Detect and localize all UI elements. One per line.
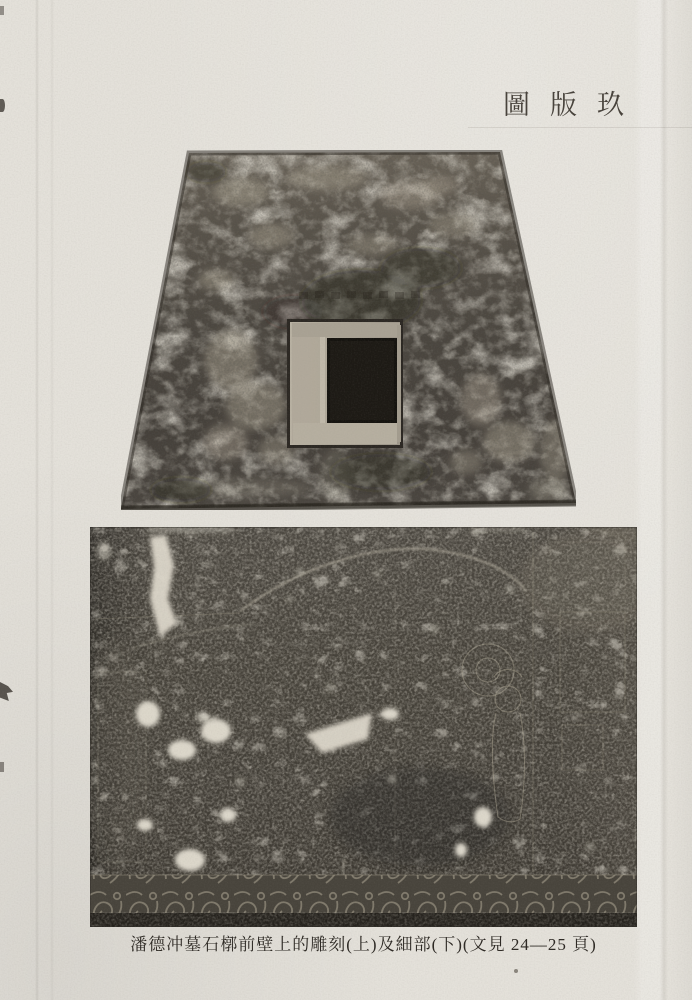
plate-number-label: 圖版玖 [503,88,644,122]
sarcophagus-photo [121,150,576,510]
opening-dark-hole [327,338,397,423]
rubbing-image [90,527,637,927]
figure-sarcophagus-front-wall [121,150,576,510]
binding-mark [0,99,5,112]
binding-mark [0,6,4,15]
sarcophagus-opening [287,319,403,448]
figure-rubbing-detail [90,527,637,927]
figure-caption: 潘德冲墓石槨前壁上的雕刻(上)及細部(下)(文見 24—25 頁) [82,933,645,957]
binding-mark [0,762,4,772]
rubbing-photo [90,527,637,927]
binding-mark [0,682,13,701]
paper-speck [514,969,518,973]
decorative-scroll-band [90,875,637,927]
paper-crease-line [468,127,692,128]
scanned-plate-page: 圖版玖 [0,0,692,1000]
